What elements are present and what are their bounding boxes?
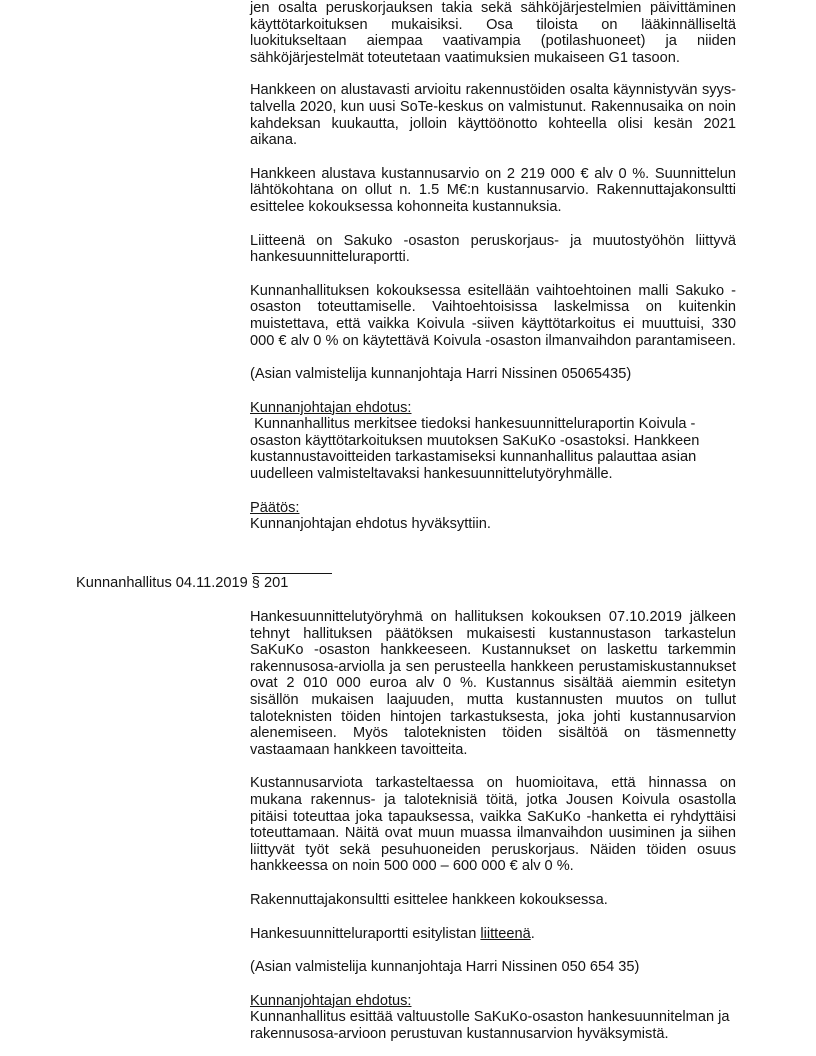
- attachment-suffix: .: [531, 926, 535, 942]
- section-separator-line: [252, 573, 332, 574]
- proposal-text-2: Kunnanhallitus esittää valtuustolle SaKu…: [250, 1009, 736, 1042]
- decision-heading: Päätös:: [250, 500, 736, 517]
- decision-text: Kunnanjohtajan ehdotus hyväksyttiin.: [250, 516, 736, 533]
- paragraph-cost-considerations: Kustannusarviota tarkasteltaessa on huom…: [250, 775, 736, 875]
- attachment-line: Hankesuunnitteluraportti esitylistan lii…: [250, 926, 736, 943]
- attachment-prefix: Hankesuunnitteluraportti esitylistan: [250, 926, 480, 942]
- proposal-heading: Kunnanjohtajan ehdotus:: [250, 400, 736, 417]
- proposal-heading-2: Kunnanjohtajan ehdotus:: [250, 993, 736, 1010]
- preparer-note-2: (Asian valmistelija kunnanjohtaja Harri …: [250, 959, 736, 976]
- paragraph-attachment-note: Liitteenä on Sakuko -osaston peruskorjau…: [250, 233, 736, 266]
- paragraph-cost-review: Hankesuunnittelutyöryhmä on hallituksen …: [250, 609, 736, 758]
- paragraph-cost-estimate: Hankkeen alustava kustannusarvio on 2 21…: [250, 166, 736, 216]
- paragraph-consultant: Rakennuttajakonsultti esittelee hankkeen…: [250, 892, 736, 909]
- paragraph-alternative-model: Kunnanhallituksen kokouksessa esitellään…: [250, 283, 736, 349]
- section-2: Hankesuunnittelutyöryhmä on hallituksen …: [250, 609, 736, 1042]
- proposal-text: Kunnanhallitus merkitsee tiedoksi hankes…: [250, 416, 736, 482]
- meeting-label: Kunnanhallitus 04.11.2019 § 201: [76, 575, 288, 592]
- section-1: jen osalta peruskorjauksen takia sekä sä…: [250, 0, 736, 533]
- attachment-link[interactable]: liitteenä: [480, 926, 530, 942]
- paragraph-renovation-scope: jen osalta peruskorjauksen takia sekä sä…: [250, 0, 736, 66]
- preparer-note: (Asian valmistelija kunnanjohtaja Harri …: [250, 366, 736, 383]
- paragraph-schedule: Hankkeen on alustavasti arvioitu rakennu…: [250, 82, 736, 148]
